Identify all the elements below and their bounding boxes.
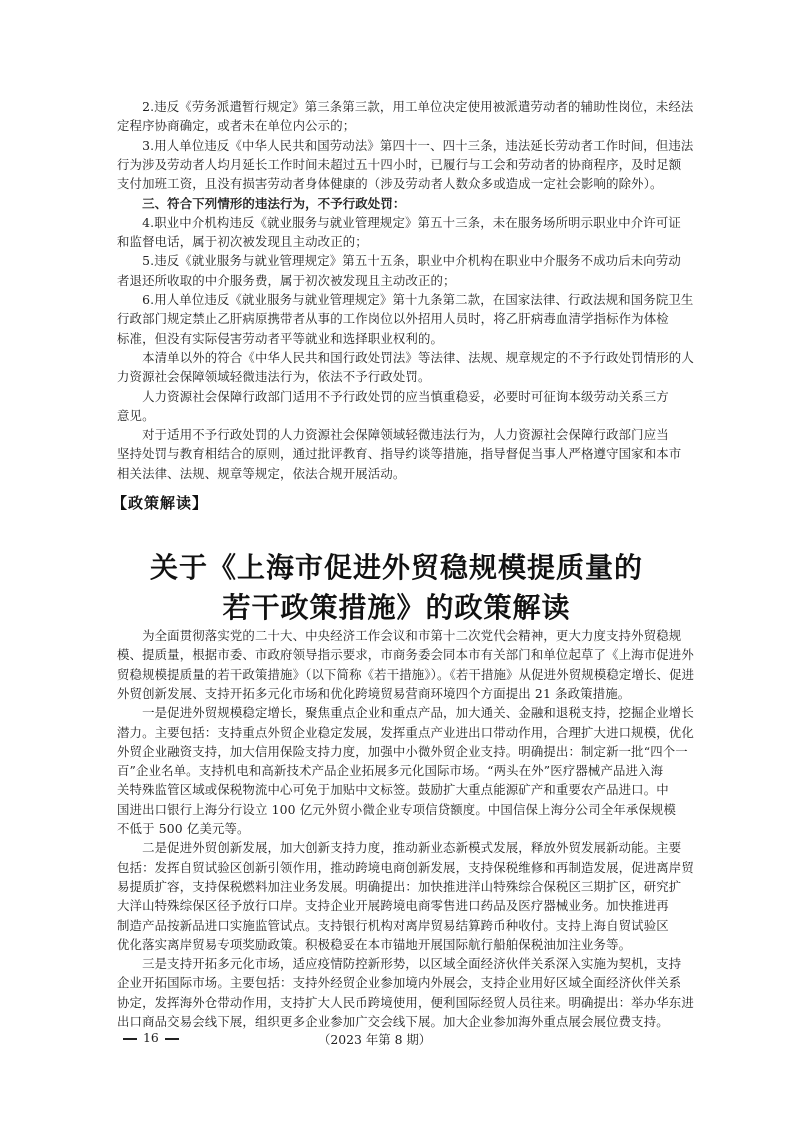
document-page: 2.违反《劳务派遣暂行规定》第三条第三款，用工单位决定使用被派遣劳动者的辅助性岗… — [0, 0, 793, 1122]
article-title-line-1: 关于《上海市促进外贸稳规模提质量的 — [0, 546, 793, 586]
text-line: 4.职业中介机构违反《就业服务与就业管理规定》第五十三条，未在服务场所明示职业中… — [117, 212, 707, 233]
text-line: 者退还所收取的中介服务费，属于初次被发现且主动改正的； — [117, 270, 707, 291]
text-line: 外贸创新发展、支持开拓多元化市场和优化跨境贸易营商环境四个方面提出 21 条政策… — [117, 683, 707, 704]
dash-left — [123, 1038, 137, 1040]
text-line: 5.违反《就业服务与就业管理规定》第五十五条，职业中介机构在职业中介服务不成功后… — [117, 250, 707, 271]
text-line: 易提质扩容，支持保税燃料加注业务发展。明确提出：加快推进洋山特殊综合保税区三期扩… — [117, 876, 707, 897]
text-line: 支付加班工资，且没有损害劳动者身体健康的（涉及劳动者人数众多或造成一定社会影响的… — [117, 173, 707, 194]
text-line: 相关法律、法规、规章等规定，依法合规开展活动。 — [117, 463, 707, 484]
text-line: 3.用人单位违反《中华人民共和国劳动法》第四十一、四十三条，违法延长劳动者工作时… — [117, 135, 707, 156]
text-line: 模、提质量，根据市委、市政府领导指示要求，市商务委会同本市有关部门和单位起草了《… — [117, 644, 707, 665]
text-line: 坚持处罚与教育相结合的原则，通过批评教育、指导约谈等措施，指导督促当事人严格遵守… — [117, 443, 707, 464]
text-line: 一是促进外贸规模稳定增长，聚焦重点企业和重点产品，加大通关、金融和退税支持，挖掘… — [117, 702, 707, 723]
text-line: 为全面贯彻落实党的二十大、中央经济工作会议和市第十二次党代会精神，更大力度支持外… — [117, 625, 707, 646]
text-line: 出口商品交易会线下展，组织更多企业参加广交会线下展。加大企业参加海外重点展会展位… — [117, 1011, 707, 1032]
text-line: 行为涉及劳动者人均月延长工作时间未超过五十四小时，已履行与工会和劳动者的协商程序… — [117, 154, 707, 175]
text-line: 不低于 500 亿美元等。 — [117, 818, 707, 839]
text-line: 制造产品按新品进口实施监管试点。支持银行机构对离岸贸易结算跨币种收付。支持上海自… — [117, 915, 707, 936]
text-line: 二是促进外贸创新发展，加大创新支持力度，推动新业态新模式发展，释放外贸发展新动能… — [117, 837, 707, 858]
text-line: 定程序协商确定，或者未在单位内公示的； — [117, 115, 707, 136]
text-line: 优化落实离岸贸易专项奖励政策。积极稳妥在本市锚地开展国际航行船舶保税油加注业务等… — [117, 934, 707, 955]
text-line: 包括：发挥自贸试验区创新引领作用，推动跨境电商创新发展，支持保税维修和再制造发展… — [117, 857, 707, 878]
text-line: 2.违反《劳务派遣暂行规定》第三条第三款，用工单位决定使用被派遣劳动者的辅助性岗… — [117, 96, 707, 117]
text-line: 人力资源社会保障行政部门适用不予行政处罚的应当慎重稳妥，必要时可征询本级劳动关系… — [117, 386, 707, 407]
text-line: 本清单以外的符合《中华人民共和国行政处罚法》等法律、法规、规章规定的不予行政处罚… — [117, 347, 707, 368]
text-line: 百”企业名单。支持机电和高新技术产品企业拓展多元化国际市场。“两头在外”医疗器械… — [117, 760, 707, 781]
text-line: 三、符合下列情形的违法行为，不予行政处罚： — [117, 193, 707, 214]
text-line: 对于适用不予行政处罚的人力资源社会保障领域轻微违法行为，人力资源社会保障行政部门… — [117, 424, 707, 445]
page-number-text: 16 — [143, 1030, 159, 1045]
text-line: 力资源社会保障领域轻微违法行为，依法不予行政处罚。 — [117, 366, 707, 387]
text-line: 大洋山特殊综保区径予放行口岸。支持企业开展跨境电商零售进口药品及医疗器械业务。加… — [117, 895, 707, 916]
page-number: 16 — [117, 1030, 185, 1045]
text-line: 和监督电话，属于初次被发现且主动改正的； — [117, 231, 707, 252]
text-line: 意见。 — [117, 405, 707, 426]
text-line: 行政部门规定禁止乙肝病原携带者从事的工作岗位以外招用人员时，将乙肝病毒血清学指标… — [117, 308, 707, 329]
article-title-line-2: 若干政策措施》的政策解读 — [0, 586, 793, 626]
dash-right — [165, 1038, 179, 1040]
text-line: 贸稳规模提质量的若干政策措施》（以下简称《若干措施》）。《若干措施》从促进外贸规… — [117, 664, 707, 685]
issue-label: （2023 年第 8 期） — [318, 1030, 431, 1048]
text-line: 企业开拓国际市场。主要包括：支持外经贸企业参加境内外展会，支持企业用好区域全面经… — [117, 972, 707, 993]
text-line: 标准，但没有实际侵害劳动者平等就业和选择职业权利的。 — [117, 328, 707, 349]
text-line: 6.用人单位违反《就业服务与就业管理规定》第十九条第二款，在国家法律、行政法规和… — [117, 289, 707, 310]
text-line: 潜力。主要包括：支持重点外贸企业稳定发展，发挥重点产业进出口带动作用，合理扩大进… — [117, 722, 707, 743]
text-line: 国进出口银行上海分行设立 100 亿元外贸小微企业专项信贷额度。中国信保上海分公… — [117, 799, 707, 820]
text-line: 外贸企业融资支持，加大信用保险支持力度，加强中小微外贸企业支持。明确提出：制定新… — [117, 741, 707, 762]
text-line: 关特殊监管区域或保税物流中心可免于加贴中文标签。鼓励扩大重点能源矿产和重要农产品… — [117, 779, 707, 800]
section-tag: 【政策解读】 — [112, 492, 208, 513]
text-line: 三是支持开拓多元化市场，适应疫情防控新形势，以区域全面经济伙伴关系深入实施为契机… — [117, 953, 707, 974]
text-line: 协定，发挥海外仓带动作用，支持扩大人民币跨境使用，便利国际经贸人员往来。明确提出… — [117, 992, 707, 1013]
